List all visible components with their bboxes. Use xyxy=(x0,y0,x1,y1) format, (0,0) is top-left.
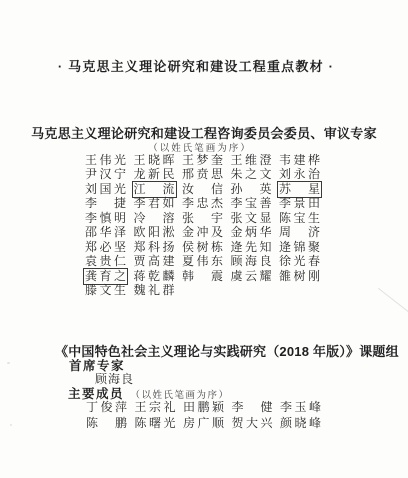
name-row: 滕文生魏礼群 xyxy=(85,284,320,299)
member-name: 陈曙光 xyxy=(135,417,176,430)
member-name-boxed: 江 流 xyxy=(134,183,175,196)
member-name: 汝 信 xyxy=(182,183,223,196)
scanned-book-page: · 马克思主义理论研究和建设工程重点教材 · 马克思主义理论研究和建设工程咨询委… xyxy=(0,0,408,478)
member-name-boxed: 苏 星 xyxy=(279,183,320,196)
member-name: 李景田 xyxy=(279,197,320,210)
member-name: 王宗礼 xyxy=(135,401,176,414)
member-name: 李忠杰 xyxy=(182,197,223,210)
member-name: 金冲及 xyxy=(182,226,223,239)
member-name: 王维澄 xyxy=(231,154,272,167)
member-name: 尹汉宁 xyxy=(85,168,126,181)
member-name: 李 健 xyxy=(232,401,273,414)
name-row: 李慎明冷 溶张 宇张文显陈宝生 xyxy=(85,211,320,226)
name-row: 丁俊萍王宗礼田鹏颖李 健李玉峰 xyxy=(86,400,321,416)
member-name: 王晓晖 xyxy=(134,154,175,167)
scan-speck xyxy=(10,424,12,426)
member-name: 逄先知 xyxy=(231,241,272,254)
member-name: 侯树栋 xyxy=(182,241,223,254)
member-name: 龙新民 xyxy=(134,168,175,181)
member-name: 郑必坚 xyxy=(85,241,126,254)
member-name: 韩 震 xyxy=(182,270,223,283)
member-name: 颜晓峰 xyxy=(280,417,321,430)
member-name: 袁贵仁 xyxy=(85,255,126,268)
member-name: 贾高建 xyxy=(134,255,175,268)
member-name: 韦建桦 xyxy=(279,154,320,167)
name-row: 陈 鹏陈曙光房广顺贺大兴颜晓峰 xyxy=(86,416,321,432)
member-name: 李宝善 xyxy=(231,197,272,210)
member-name: 李 捷 xyxy=(85,197,126,210)
name-row: 李 捷李君如李忠杰李宝善李景田 xyxy=(85,197,320,212)
member-name: 欧阳淞 xyxy=(134,226,175,239)
member-name: 邵华泽 xyxy=(85,226,126,239)
member-name: 田鹏颖 xyxy=(183,401,224,414)
member-name: 李慎明 xyxy=(85,212,126,225)
member-name: 蒋乾麟 xyxy=(134,270,175,283)
name-row: 王伟光王晓晖王梦奎王维澄韦建桦 xyxy=(85,153,320,168)
member-name: 李玉峰 xyxy=(280,401,321,414)
member-name: 滕文生 xyxy=(85,284,126,297)
committee-name-grid: 王伟光王晓晖王梦奎王维澄韦建桦尹汉宁龙新民邢贲思朱之文刘永治刘国光江 流汝 信孙… xyxy=(85,153,320,298)
member-name: 刘永治 xyxy=(279,168,320,181)
member-name: 孙 英 xyxy=(231,183,272,196)
member-name: 张 宇 xyxy=(182,212,223,225)
member-name: 雒树刚 xyxy=(279,270,320,283)
member-name: 虞云耀 xyxy=(231,270,272,283)
member-name: 王伟光 xyxy=(85,154,126,167)
member-name: 陈宝生 xyxy=(279,212,320,225)
member-name: 逄锦聚 xyxy=(279,241,320,254)
series-banner: · 马克思主义理论研究和建设工程重点教材 · xyxy=(0,56,392,75)
member-name: 丁俊萍 xyxy=(86,401,127,414)
member-name: 邢贲思 xyxy=(182,168,223,181)
member-name: 李君如 xyxy=(134,197,175,210)
name-row: 袁贵仁贾高建夏伟东顾海良徐光春 xyxy=(85,255,320,270)
member-name: 郑科扬 xyxy=(134,241,175,254)
member-name-boxed: 龚育之 xyxy=(85,270,126,283)
member-name: 朱之文 xyxy=(231,168,272,181)
member-name: 徐光春 xyxy=(279,255,320,268)
committee-order-note: （以姓氏笔画为序） xyxy=(0,140,400,154)
member-name: 顾海良 xyxy=(231,255,272,268)
member-name: 刘国光 xyxy=(85,183,126,196)
member-name: 贺大兴 xyxy=(232,417,273,430)
member-name: 房广顺 xyxy=(183,417,224,430)
name-row: 郑必坚郑科扬侯树栋逄先知逄锦聚 xyxy=(85,240,320,255)
name-row: 刘国光江 流汝 信孙 英苏 星 xyxy=(85,182,320,197)
member-name: 周 济 xyxy=(279,226,320,239)
name-row: 邵华泽欧阳淞金冲及金炳华周 济 xyxy=(85,226,320,241)
scan-speck xyxy=(7,362,10,364)
members-label: 主要成员 xyxy=(68,387,124,401)
scan-crease xyxy=(378,288,408,313)
member-name: 冷 溶 xyxy=(134,212,175,225)
member-name: 夏伟东 xyxy=(182,255,223,268)
member-name: 金炳华 xyxy=(231,226,272,239)
name-row: 尹汉宁龙新民邢贲思朱之文刘永治 xyxy=(85,168,320,183)
name-row: 龚育之蒋乾麟韩 震虞云耀雒树刚 xyxy=(85,269,320,284)
project-members-grid: 丁俊萍王宗礼田鹏颖李 健李玉峰陈 鹏陈曙光房广顺贺大兴颜晓峰 xyxy=(86,400,321,431)
member-name: 陈 鹏 xyxy=(86,417,127,430)
member-name: 张文显 xyxy=(231,212,272,225)
member-name: 魏礼群 xyxy=(134,284,175,297)
member-name: 王梦奎 xyxy=(182,154,223,167)
